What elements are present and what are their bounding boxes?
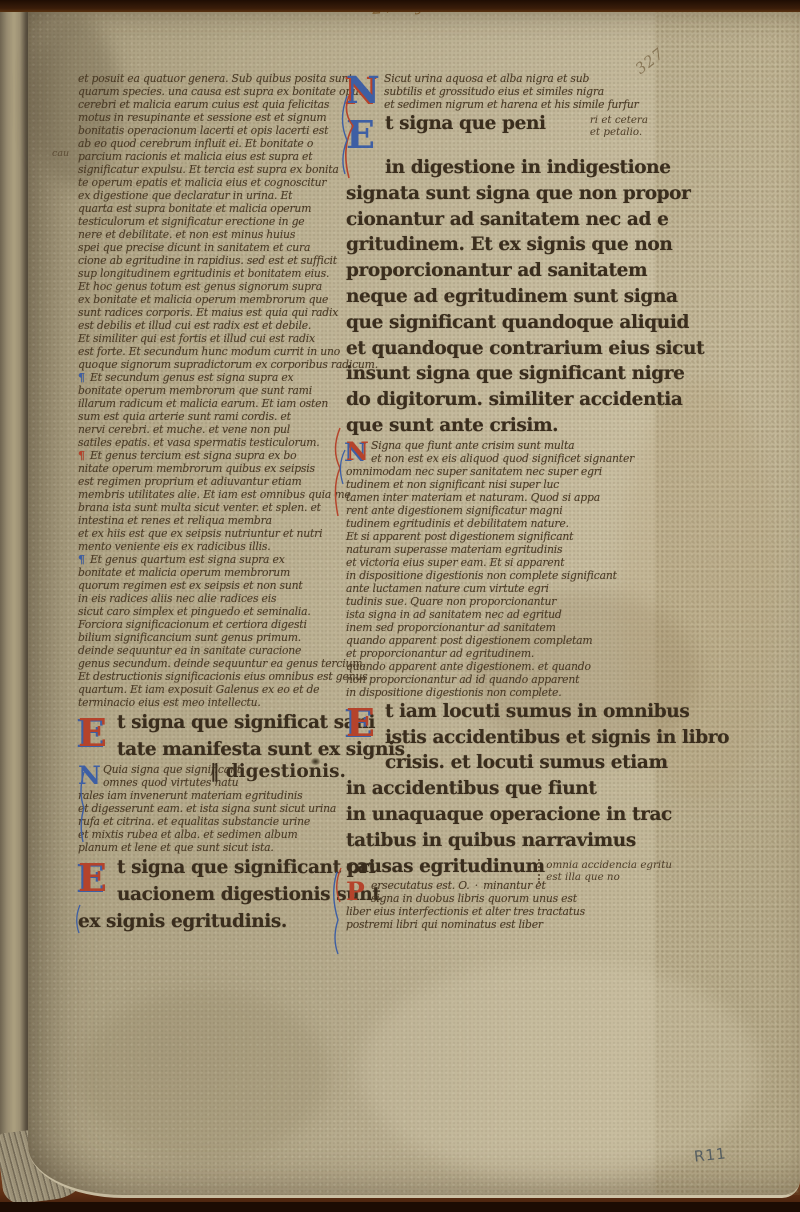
manuscript-line: ab eo quod cerebrum influit ei. Et bonit… [78, 137, 348, 150]
manuscript-line: terminacio eius est meo intellectu. [78, 696, 348, 709]
manuscript-line: cione ab egritudine in rapidius. sed est… [78, 254, 348, 267]
manuscript-line: rent ante digestionem significatur magni [346, 504, 676, 517]
paragraph-mark: ¶ [78, 553, 90, 566]
manuscript-line: non proporcionantur ad id quando apparen… [346, 673, 676, 686]
manuscript-line: in unaquaque operacione in trac [346, 802, 676, 828]
text-block: Eomnia accidencia egrituest illa que not… [346, 699, 676, 880]
manuscript-line: ante luctamen nature cum virtute egri [346, 582, 676, 595]
manuscript-line: ex bonitate et malicia operum membrorum … [78, 293, 348, 306]
manuscript-line: quarum species. una causa est supra ex b… [78, 85, 348, 98]
manuscript-line: Signa que fiunt ante crisim sunt multa [346, 439, 676, 452]
manuscript-line: satiles epatis. et vasa spermatis testic… [78, 436, 348, 449]
manuscript-line: spei que precise dicunt in sanitatem et … [78, 241, 348, 254]
manuscript-line: ista signa in ad sanitatem nec ad egritu… [346, 608, 676, 621]
manuscript-line: liber eius interfectionis et alter tres … [346, 905, 676, 918]
manuscript-line: planum et lene et que sunt sicut ista. [78, 841, 348, 854]
photo-bottom-edge [0, 1202, 800, 1212]
manuscript-line: sunt radices corporis. Et maius est quia… [78, 306, 348, 319]
manuscript-line: que sunt ante crisim. [346, 413, 676, 439]
margin-note: cau [52, 148, 69, 159]
manuscript-line: parcium racionis et malicia eius est sup… [78, 150, 348, 163]
manuscript-photo: 27 ay 327 cau R11 et posuit ea quatuor g… [0, 0, 800, 1212]
manuscript-line: in digestione in indigestione [346, 155, 676, 181]
text-block: Eri et ceteraet petalio.t signa que peni [346, 111, 676, 155]
text-column-right: NSicut urina aquosa et alba nigra et sub… [346, 72, 676, 931]
manuscript-line: Et destructionis significacionis eius om… [78, 670, 348, 683]
manuscript-line: mento veniente eis ex radicibus illis. [78, 540, 348, 553]
parchment-stain [80, 990, 330, 1160]
text-block: NSicut urina aquosa et alba nigra et sub… [346, 72, 676, 111]
text-block: et posuit ea quatuor genera. Sub quibus … [78, 72, 348, 709]
manuscript-line: gritudinem. Et ex signis que non [346, 232, 676, 258]
manuscript-line: Forciora significacionum et certiora dig… [78, 618, 348, 631]
paragraph-mark: ¶ [78, 449, 90, 462]
manuscript-line: in eis radices aliis nec alie radices ei… [78, 592, 348, 605]
manuscript-line: postremi libri qui nominatus est liber [346, 918, 676, 931]
manuscript-line: Et si apparent post digestionem signific… [346, 530, 676, 543]
illuminated-initial: E [78, 856, 112, 906]
marginal-gloss: ri et ceteraet petalio. [590, 114, 648, 139]
paragraph-mark: ¶ [78, 371, 90, 384]
manuscript-line: testiculorum et significatur erectione i… [78, 215, 348, 228]
manuscript-line: omnimodam nec super sanitatem nec super … [346, 465, 676, 478]
manuscript-line: ersecutatus est. O. · minantur et [346, 879, 676, 892]
manuscript-line: deinde sequuntur ea in sanitate curacion… [78, 644, 348, 657]
manuscript-line: quarta est supra bonitate et malicia ope… [78, 202, 348, 215]
manuscript-line: et quandoque contrarium eius sicut [346, 336, 676, 362]
manuscript-line: t signa que significant pri [78, 854, 348, 881]
manuscript-line: do digitorum. similiter accidentia [346, 387, 676, 413]
manuscript-line: neque ad egritudinem sunt signa [346, 284, 676, 310]
text-block: Et signa que significat sanitate manifes… [78, 709, 348, 763]
manuscript-line: quando apparent ante digestionem. et qua… [346, 660, 676, 673]
manuscript-line: nere et debilitate. et non est minus hui… [78, 228, 348, 241]
illuminated-initial: P [346, 879, 367, 905]
illuminated-initial: E [78, 711, 112, 761]
manuscript-line: intestina et renes et reliqua membra [78, 514, 348, 527]
manuscript-line: tate manifesta sunt ex signis [78, 736, 348, 763]
manuscript-line: signa in duobus libris quorum unus est [346, 892, 676, 905]
manuscript-line: et posuit ea quatuor genera. Sub quibus … [78, 72, 348, 85]
manuscript-line: sup longitudinem egritudinis et bonitate… [78, 267, 348, 280]
manuscript-line: te operum epatis et malicia eius et cogn… [78, 176, 348, 189]
manuscript-line: nervi cerebri. et muche. et vene non pul [78, 423, 348, 436]
manuscript-line: brana ista sunt multa sicut venter. et s… [78, 501, 348, 514]
manuscript-line: membris utilitates alie. Et iam est omni… [78, 488, 348, 501]
manuscript-line: bonitate et malicia operum membrorum [78, 566, 348, 579]
manuscript-line: et non est ex eis aliquod quod significe… [346, 452, 676, 465]
manuscript-line: illarum radicum et malicia earum. Et iam… [78, 397, 348, 410]
manuscript-line: ex signis egritudinis. [78, 908, 348, 935]
manuscript-line: et proporcionantur ad egritudinem. [346, 647, 676, 660]
manuscript-line: insunt signa que significant nigre [346, 361, 676, 387]
manuscript-line: Sicut urina aquosa et alba nigra et sub [346, 72, 676, 85]
manuscript-line: est regimen proprium et adiuvantur etiam [78, 475, 348, 488]
text-block: N‖ digestionis.Quia signa que significan… [78, 763, 348, 854]
manuscript-line: quorum regimen est ex seipsis et non sun… [78, 579, 348, 592]
manuscript-line: que significant quandoque aliquid [346, 310, 676, 336]
text-column-left: et posuit ea quatuor genera. Sub quibus … [78, 72, 348, 935]
manuscript-line: rufa et citrina. et equalitas substancie… [78, 815, 348, 828]
illuminated-initial: N [346, 439, 367, 465]
pencil-shelfmark: R11 [693, 1144, 727, 1165]
text-block: in digestione in indigestionesignata sun… [346, 155, 676, 439]
illuminated-initial: E [346, 701, 380, 751]
text-block: NSigna que fiunt ante crisim sunt multae… [346, 439, 676, 699]
illuminated-initial: N [346, 72, 380, 111]
manuscript-line: significatur expulsu. Et tercia est supr… [78, 163, 348, 176]
manuscript-line: quando apparent post digestionem complet… [346, 634, 676, 647]
manuscript-line: Et similiter qui est fortis et illud cui… [78, 332, 348, 345]
manuscript-line: ex digestione que declaratur in urina. E… [78, 189, 348, 202]
manuscript-line: est debilis et illud cui est radix est e… [78, 319, 348, 332]
manuscript-line: sicut caro simplex et pinguedo et semina… [78, 605, 348, 618]
manuscript-line: rales iam invenerunt materiam egritudini… [78, 789, 348, 802]
manuscript-line: tamen inter materiam et naturam. Quod si… [346, 491, 676, 504]
manuscript-line: quoque signorum supradictorum ex corpori… [78, 358, 348, 371]
manuscript-line: naturam superasse materiam egritudinis [346, 543, 676, 556]
manuscript-line: istis accidentibus et signis in libro [346, 725, 676, 751]
manuscript-line: et digesserunt eam. et ista signa sunt s… [78, 802, 348, 815]
manuscript-line: in dispositione digestionis non complete… [346, 686, 676, 699]
manuscript-line: nitate operum membrorum quibus ex seipsi… [78, 462, 348, 475]
manuscript-line: Et hoc genus totum est genus signorum su… [78, 280, 348, 293]
manuscript-line: genus secundum. deinde sequuntur ea genu… [78, 657, 348, 670]
manuscript-line: cerebri et malicia earum cuius est quia … [78, 98, 348, 111]
manuscript-line: sum est quia arterie sunt rami cordis. e… [78, 410, 348, 423]
manuscript-line: signata sunt signa que non propor [346, 181, 676, 207]
manuscript-line: tudinis sue. Quare non proporcionantur [346, 595, 676, 608]
manuscript-line: proporcionantur ad sanitatem [346, 258, 676, 284]
photo-top-edge [0, 0, 800, 12]
manuscript-line: uacionem digestionis sunt [78, 881, 348, 908]
manuscript-line: et sedimen nigrum et harena et his simil… [346, 98, 676, 111]
text-block: Persecutatus est. O. · minantur etsigna … [346, 879, 676, 931]
manuscript-line: in dispositione digestionis non complete… [346, 569, 676, 582]
manuscript-line: t signa que significat sani [78, 709, 348, 736]
manuscript-line: ¶Et secundum genus est signa supra ex [78, 371, 348, 384]
manuscript-line: t iam locuti sumus in omnibus [346, 699, 676, 725]
manuscript-line: est forte. Et secundum hunc modum currit… [78, 345, 348, 358]
manuscript-line: quartum. Et iam exposuit Galenus ex eo e… [78, 683, 348, 696]
manuscript-line: inem sed proporcionantur ad sanitatem [346, 621, 676, 634]
manuscript-line: bonitate operum membrorum que sunt rami [78, 384, 348, 397]
manuscript-line: in accidentibus que fiunt [346, 776, 676, 802]
manuscript-line: crisis. et locuti sumus etiam [346, 750, 676, 776]
text-block: Et signa que significant priuacionem dig… [78, 854, 348, 935]
manuscript-line: motus in resupinante et sessione est et … [78, 111, 348, 124]
manuscript-line: ¶Et genus quartum est signa supra ex [78, 553, 348, 566]
manuscript-line: et victoria eius super eam. Et si appare… [346, 556, 676, 569]
manuscript-line: tudinem egritudinis et debilitatem natur… [346, 517, 676, 530]
illuminated-initial: N [78, 763, 99, 789]
manuscript-line: tatibus in quibus narravimus [346, 828, 676, 854]
manuscript-line: et ex hiis est que ex seipsis nutriuntur… [78, 527, 348, 540]
manuscript-line: tudinem et non significant nisi super lu… [346, 478, 676, 491]
manuscript-line: bonitatis operacionum lacerti et opis la… [78, 124, 348, 137]
manuscript-line: et mixtis rubea et alba. et sedimen albu… [78, 828, 348, 841]
manuscript-line: bilium significancium sunt genus primum. [78, 631, 348, 644]
marginal-gloss: ‖ digestionis. [210, 760, 346, 784]
manuscript-line: ¶Et genus tercium est signa supra ex bo [78, 449, 348, 462]
manuscript-line: cionantur ad sanitatem nec ad e [346, 207, 676, 233]
manuscript-line: subtilis et grossitudo eius et similes n… [346, 85, 676, 98]
